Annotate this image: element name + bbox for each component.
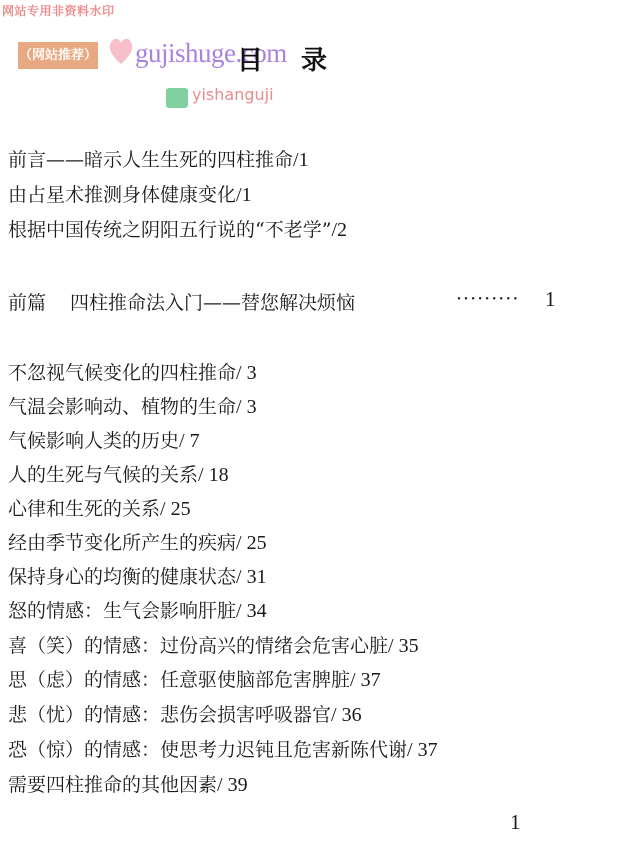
toc-entry: 恐（惊）的情感：使思考力迟钝且危害新陈代谢/ 37 <box>8 735 438 762</box>
part-title: 四柱推命法入门——替您解决烦恼 <box>70 292 355 314</box>
toc-entry: 经由季节变化所产生的疾病/ 25 <box>8 528 267 555</box>
toc-entry: 人的生死与气候的关系/ 18 <box>8 460 229 487</box>
entry-page: / 35 <box>388 635 419 657</box>
entry-page: / 3 <box>236 362 257 384</box>
toc-entry: 怒的情感：生气会影响肝脏/ 34 <box>8 596 267 623</box>
entry-page: / 34 <box>236 600 267 622</box>
toc-entry: 气温会影响动、植物的生命/ 3 <box>8 392 257 419</box>
entry-page: / 31 <box>236 566 267 588</box>
entry-title: 悲（忧）的情感：悲伤会损害呼吸器官 <box>8 704 331 726</box>
leader-dots: ········· <box>456 288 519 310</box>
entry-page: / 3 <box>236 396 257 418</box>
heart-icon <box>108 36 134 66</box>
part-heading: 前篇四柱推命法入门——替您解决烦恼 ········· 1 <box>8 288 568 315</box>
toc-entry: 由占星术推测身体健康变化/1 <box>8 180 252 207</box>
entry-title: 怒的情感：生气会影响肝脏 <box>8 600 236 622</box>
entry-title: 前言——暗示人生生死的四柱推命 <box>8 149 293 171</box>
watermark-banner: 网站专用非资料水印 <box>2 2 115 19</box>
watermark-badge: （网站推荐） <box>18 42 98 69</box>
entry-title: 人的生死与气候的关系 <box>8 464 198 486</box>
entry-title: 气温会影响动、植物的生命 <box>8 396 236 418</box>
entry-title: 需要四柱推命的其他因素 <box>8 774 217 796</box>
entry-page: / 25 <box>160 498 191 520</box>
toc-entry: 气候影响人类的历史/ 7 <box>8 426 200 453</box>
entry-title: 恐（惊）的情感：使思考力迟钝且危害新陈代谢 <box>8 739 407 761</box>
entry-title: 心律和生死的关系 <box>8 498 160 520</box>
entry-title: 喜（笑）的情感：过份高兴的情绪会危害心脏 <box>8 635 388 657</box>
part-page: 1 <box>545 287 556 312</box>
watermark-logo-text: yishanguji <box>192 85 274 104</box>
entry-title: 由占星术推测身体健康变化 <box>8 184 236 206</box>
entry-page: / 7 <box>179 430 200 452</box>
entry-page: / 25 <box>236 532 267 554</box>
entry-title: 经由季节变化所产生的疾病 <box>8 532 236 554</box>
entry-title: 保持身心的均衡的健康状态 <box>8 566 236 588</box>
entry-title: 思（虑）的情感：任意驱使脑部危害脾脏 <box>8 669 350 691</box>
entry-title: 不忽视气候变化的四柱推命 <box>8 362 236 384</box>
part-label: 前篇 <box>8 292 46 314</box>
entry-page: / 18 <box>198 464 229 486</box>
page-number: 1 <box>510 810 521 835</box>
entry-title: 气候影响人类的历史 <box>8 430 179 452</box>
page-title: 目录 <box>237 40 365 77</box>
entry-page: / 39 <box>217 774 248 796</box>
entry-title: 根据中国传统之阴阳五行说的“不老学” <box>8 219 331 241</box>
toc-entry: 前言——暗示人生生死的四柱推命/1 <box>8 145 309 172</box>
toc-entry: 悲（忧）的情感：悲伤会损害呼吸器官/ 36 <box>8 700 362 727</box>
entry-page: / 37 <box>350 669 381 691</box>
entry-page: / 36 <box>331 704 362 726</box>
entry-page: /2 <box>331 219 347 241</box>
toc-entry: 根据中国传统之阴阳五行说的“不老学”/2 <box>8 215 347 242</box>
logo-icon <box>166 88 188 108</box>
entry-page: / 37 <box>407 739 438 761</box>
toc-entry: 思（虑）的情感：任意驱使脑部危害脾脏/ 37 <box>8 665 381 692</box>
toc-entry: 不忽视气候变化的四柱推命/ 3 <box>8 358 257 385</box>
toc-entry: 心律和生死的关系/ 25 <box>8 494 191 521</box>
entry-page: /1 <box>236 184 252 206</box>
entry-page: /1 <box>293 149 309 171</box>
toc-entry: 需要四柱推命的其他因素/ 39 <box>8 770 248 797</box>
toc-entry: 保持身心的均衡的健康状态/ 31 <box>8 562 267 589</box>
toc-entry: 喜（笑）的情感：过份高兴的情绪会危害心脏/ 35 <box>8 631 419 658</box>
